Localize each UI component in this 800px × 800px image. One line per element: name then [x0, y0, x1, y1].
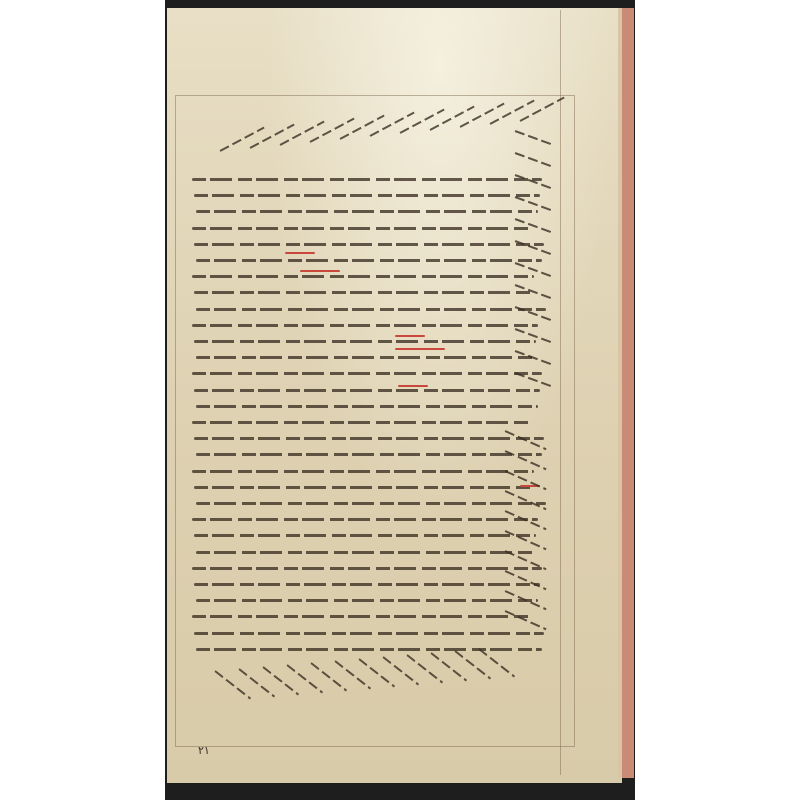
text-line — [196, 648, 542, 651]
text-line — [194, 437, 544, 440]
margin-rule — [560, 10, 561, 775]
text-line — [192, 275, 534, 278]
text-line — [194, 340, 536, 343]
text-line — [196, 308, 546, 311]
rubric-mark — [285, 252, 315, 254]
text-line — [194, 534, 536, 537]
text-line — [196, 551, 534, 554]
text-line — [192, 421, 530, 424]
text-line — [192, 178, 542, 181]
text-line — [196, 405, 538, 408]
text-line — [192, 518, 538, 521]
text-line — [192, 567, 542, 570]
text-line — [196, 453, 542, 456]
rubric-mark — [398, 385, 428, 387]
text-line — [194, 486, 532, 489]
text-line — [194, 632, 544, 635]
page-number: ۲۱ — [198, 744, 210, 757]
text-line — [192, 372, 542, 375]
text-line — [194, 194, 540, 197]
page-fore-edge — [622, 8, 634, 778]
text-line — [194, 291, 532, 294]
text-line — [196, 356, 534, 359]
text-line — [196, 599, 538, 602]
rubric-mark — [395, 348, 445, 350]
text-line — [194, 243, 544, 246]
text-line — [192, 470, 534, 473]
text-line — [192, 324, 538, 327]
text-line — [192, 227, 530, 230]
rubric-mark — [395, 335, 425, 337]
text-line — [194, 389, 540, 392]
rubric-mark — [300, 270, 340, 272]
text-line — [194, 583, 540, 586]
text-line — [192, 615, 530, 618]
text-line — [196, 259, 542, 262]
text-line — [196, 210, 538, 213]
text-line — [196, 502, 546, 505]
